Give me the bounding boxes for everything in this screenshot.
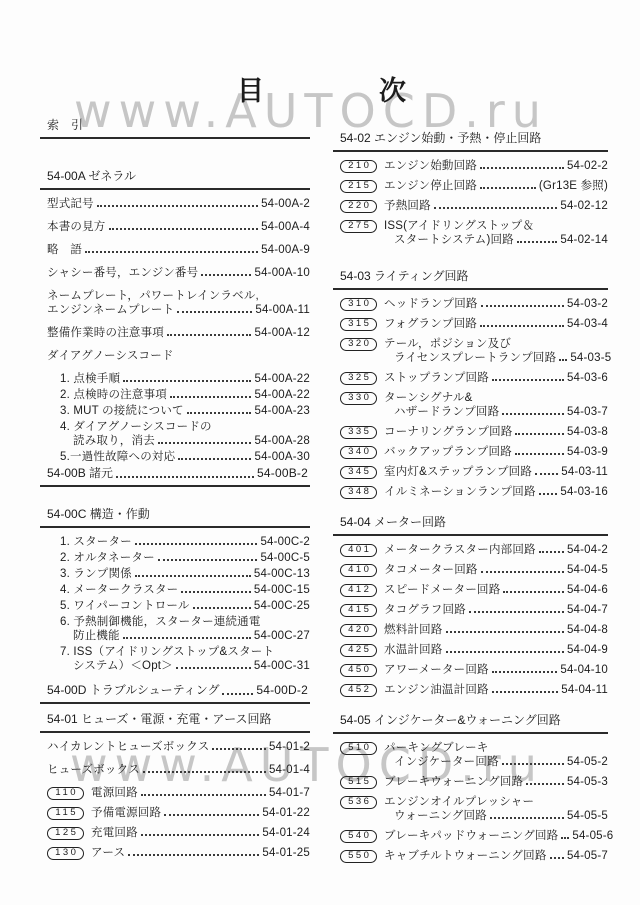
dot-leader: [561, 837, 569, 839]
toc-entry: 4. メータークラスター54-00C-15: [40, 583, 310, 597]
toc-section: 54-01 ヒューズ・電源・充電・アース回路ハイカレントヒューズボックス54-0…: [40, 712, 310, 860]
toc-entry-line: 燃料計回路54-04-8: [384, 623, 608, 637]
entry-label: テール，ポジション及び: [384, 337, 511, 351]
toc-entry-line: ブレーキパッドウォーニング回路54-05-6: [384, 829, 608, 843]
entry-label: 防止機能: [73, 629, 120, 643]
toc-entry-line: 読み取り，消去54-00A-28: [60, 434, 310, 448]
toc-entry: 115予備電源回路54-01-22: [40, 806, 310, 820]
section-title: 54-00A ゼネラル: [47, 169, 136, 183]
circuit-number-badge: 540: [340, 830, 377, 843]
circuit-number-badge: 340: [340, 446, 377, 459]
section-title: 54-00B 諸元: [47, 466, 113, 481]
circuit-number-badge: 410: [340, 564, 377, 577]
entry-label: スピードメーター回路: [384, 583, 500, 597]
dot-leader: [135, 575, 251, 577]
toc-entry-line: コーナリングランプ回路54-03-8: [384, 425, 608, 439]
toc-entry-line: 略 語54-00A-9: [47, 243, 310, 257]
circuit-number-badge: 425: [340, 644, 377, 657]
toc-entry-line: ネームプレート，パワートレインラベル,: [47, 289, 310, 303]
toc-section: 54-05 インジケーター&ウォーニング回路510パーキングブレーキインジケータ…: [333, 713, 608, 863]
entry-body: 燃料計回路54-04-8: [384, 623, 608, 637]
toc-entry-line: 6. 予熱制御機能，スターター連続通電: [60, 615, 310, 629]
page-ref: 54-00C-27: [254, 629, 310, 643]
dot-leader: [141, 794, 266, 796]
toc-entry-line: タコメーター回路54-04-5: [384, 563, 608, 577]
toc-entry-line: 5. ワイパーコントロール54-00C-25: [60, 599, 310, 613]
page-ref: 54-00D-2: [256, 683, 308, 698]
page-ref: (Gr13E 参照): [539, 179, 608, 193]
toc-entry: 110電源回路54-01-7: [40, 786, 310, 800]
entry-label: 電源回路: [91, 786, 138, 800]
dot-leader: [158, 442, 252, 444]
section-title: 索 引: [47, 118, 83, 132]
entry-label: タコメーター回路: [384, 563, 478, 577]
entry-body: パーキングブレーキインジケーター回路54-05-2: [384, 741, 608, 769]
toc-entry-line: ハザードランプ回路54-03-7: [384, 405, 608, 419]
toc-entry: 4. ダイアグノーシスコードの読み取り，消去54-00A-28: [40, 420, 310, 448]
toc-entry: 1. 点検手順54-00A-22: [40, 372, 310, 386]
toc-entry: 220予熱回路54-02-12: [333, 199, 608, 213]
page-ref: 54-03-5: [570, 351, 611, 365]
toc-entry-line: エンジンネームプレート54-00A-11: [47, 303, 310, 317]
circuit-number-badge: 220: [340, 200, 377, 213]
entry-label: スタートシステム)回路: [394, 233, 514, 247]
entry-body: イルミネーションランプ回路54-03-16: [384, 485, 608, 499]
page-ref: 54-05-2: [567, 755, 608, 769]
page-ref: 54-02-12: [560, 199, 608, 213]
circuit-number-badge: 420: [340, 624, 377, 637]
dot-leader: [434, 207, 558, 209]
dot-leader: [446, 631, 564, 633]
section-title: 54-01 ヒューズ・電源・充電・アース回路: [47, 712, 271, 726]
page-ref: 54-04-9: [567, 643, 608, 657]
toc-page: www.AUTOCD.ru www.AUTOCD.ru 目 次 索 引54-00…: [0, 0, 640, 905]
section-title: 54-00C 構造・作動: [47, 507, 150, 521]
toc-entry-line: キャブチルトウォーニング回路54-05-7: [384, 849, 608, 863]
section-heading: 54-01 ヒューズ・電源・充電・アース回路: [40, 712, 310, 733]
dot-leader: [515, 453, 564, 455]
dot-leader: [503, 591, 564, 593]
page-ref: 54-00A-11: [255, 303, 310, 317]
toc-entry-line: 4. メータークラスター54-00C-15: [60, 583, 310, 597]
dot-leader: [170, 396, 251, 398]
toc-entry: 本書の見方54-00A-4: [40, 220, 310, 234]
toc-entry: ネームプレート，パワートレインラベル,エンジンネームプレート54-00A-11: [40, 289, 310, 317]
entry-body: ISS(アイドリングストップ＆スタートシステム)回路54-02-14: [384, 219, 608, 247]
toc-entry-line: シャシー番号，エンジン番号54-00A-10: [47, 266, 310, 280]
toc-entry-line: 防止機能54-00C-27: [60, 629, 310, 643]
toc-entry-line: アース54-01-25: [91, 846, 310, 860]
toc-entry: 550キャブチルトウォーニング回路54-05-7: [333, 849, 608, 863]
page-ref: 54-05-3: [567, 775, 608, 789]
entry-body: アワーメーター回路54-04-10: [384, 663, 608, 677]
entry-body: バックアップランプ回路54-03-9: [384, 445, 608, 459]
page-ref: 54-01-24: [262, 826, 310, 840]
entry-label: 5.一過性故障への対応: [60, 450, 175, 464]
entry-label: ブレーキパッドウォーニング回路: [384, 829, 558, 843]
circuit-number-badge: 450: [340, 664, 377, 677]
page-ref: 54-00C-13: [254, 567, 310, 581]
left-column: 索 引54-00A ゼネラル型式記号54-00A-2本書の見方54-00A-4略…: [40, 118, 310, 866]
toc-entry: 210エンジン始動回路54-02-2: [333, 159, 608, 173]
circuit-number-badge: 401: [340, 544, 377, 557]
toc-entry: 125充電回路54-01-24: [40, 826, 310, 840]
entry-label: コーナリングランプ回路: [384, 425, 512, 439]
page-ref: 54-00C-15: [254, 583, 310, 597]
circuit-number-badge: 125: [47, 827, 84, 840]
toc-entry-line: 2. 点検時の注意事項54-00A-22: [60, 388, 310, 402]
entry-label: ウォーニング回路: [394, 809, 487, 823]
toc-entry: 415タコグラフ回路54-04-7: [333, 603, 608, 617]
page-ref: 54-02-14: [560, 233, 608, 247]
entry-body: 3. MUT の接続について54-00A-23: [60, 404, 310, 418]
dot-leader: [517, 241, 557, 243]
dot-leader: [141, 834, 260, 836]
toc-entry-line: 3. MUT の接続について54-00A-23: [60, 404, 310, 418]
toc-entry: 1. スターター54-00C-2: [40, 535, 310, 549]
toc-entry: 452エンジン油温計回路54-04-11: [333, 683, 608, 697]
entry-label: 予熱回路: [384, 199, 431, 213]
toc-entry-line: テール，ポジション及び: [384, 337, 608, 351]
dot-leader: [559, 359, 567, 361]
toc-entry: 325ストップランプ回路54-03-6: [333, 371, 608, 385]
toc-entry: 410タコメーター回路54-04-5: [333, 563, 608, 577]
entry-body: エンジン停止回路(Gr13E 参照): [384, 179, 608, 193]
entry-label: 略 語: [47, 243, 82, 257]
dot-leader: [539, 493, 558, 495]
toc-entry: 7. ISS（アイドリングストップ&スタートシステム）＜Opt＞54-00C-3…: [40, 645, 310, 673]
page-ref: 54-00C-31: [254, 659, 310, 673]
entry-label: バックアップランプ回路: [384, 445, 512, 459]
circuit-number-badge: 210: [340, 160, 377, 173]
entry-label: ハイカレントヒューズボックス: [47, 740, 209, 754]
entry-body: ネームプレート，パワートレインラベル,エンジンネームプレート54-00A-11: [47, 289, 310, 317]
dot-leader: [116, 476, 254, 478]
toc-entry-line: アワーメーター回路54-04-10: [384, 663, 608, 677]
entry-label: ターンシグナル&: [384, 391, 472, 405]
toc-entry-line: 2. オルタネーター54-00C-5: [60, 551, 310, 565]
dot-leader: [490, 817, 564, 819]
toc-entry-line: 水温計回路54-04-9: [384, 643, 608, 657]
entry-label: ヘッドランプ回路: [384, 297, 478, 311]
dot-leader: [502, 413, 564, 415]
circuit-number-badge: 130: [47, 847, 84, 860]
toc-entry-line: メータークラスター内部回路54-04-2: [384, 543, 608, 557]
dot-leader: [535, 473, 558, 475]
entry-label: ネームプレート，パワートレインラベル,: [47, 289, 259, 303]
toc-entry: 420燃料計回路54-04-8: [333, 623, 608, 637]
page-ref: 54-00A-4: [261, 220, 310, 234]
page-ref: 54-03-6: [567, 371, 608, 385]
entry-label: 予備電源回路: [91, 806, 161, 820]
dot-leader: [167, 334, 251, 336]
entry-label: エンジンネームプレート: [47, 303, 174, 317]
entry-body: 4. ダイアグノーシスコードの読み取り，消去54-00A-28: [60, 420, 310, 448]
toc-entry: 348イルミネーションランプ回路54-03-16: [333, 485, 608, 499]
section-heading: 54-05 インジケーター&ウォーニング回路: [333, 713, 608, 734]
toc-entry: 275ISS(アイドリングストップ＆スタートシステム)回路54-02-14: [333, 219, 608, 247]
page-ref: 54-04-5: [567, 563, 608, 577]
toc-entry: 130アース54-01-25: [40, 846, 310, 860]
entry-body: 予熱回路54-02-12: [384, 199, 608, 213]
entry-body: エンジンオイルプレッシャーウォーニング回路54-05-5: [384, 795, 608, 823]
toc-entry-line: イルミネーションランプ回路54-03-16: [384, 485, 608, 499]
page-ref: 54-03-11: [561, 465, 608, 479]
section-heading: 54-04 メーター回路: [333, 515, 608, 536]
section-heading: 54-00C 構造・作動: [40, 507, 310, 528]
circuit-number-badge: 330: [340, 392, 377, 405]
toc-entry-line: エンジンオイルプレッシャー: [384, 795, 608, 809]
toc-entry-line: 1. 点検手順54-00A-22: [60, 372, 310, 386]
toc-entry-line: エンジン始動回路54-02-2: [384, 159, 608, 173]
section-title: 54-00D トラブルシューティング: [47, 683, 219, 698]
dot-leader: [176, 667, 251, 669]
toc-entry: 6. 予熱制御機能，スターター連続通電防止機能54-00C-27: [40, 615, 310, 643]
entry-label: ストップランプ回路: [384, 371, 489, 385]
circuit-number-badge: 536: [340, 796, 377, 809]
entry-label: シャシー番号，エンジン番号: [47, 266, 198, 280]
page-ref: 54-00A-23: [254, 404, 310, 418]
dot-leader: [539, 551, 564, 553]
entry-label: ISS(アイドリングストップ＆: [384, 219, 534, 233]
toc-entry-line: 7. ISS（アイドリングストップ&スタート: [60, 645, 310, 659]
entry-label: 水温計回路: [384, 643, 443, 657]
circuit-number-badge: 345: [340, 466, 377, 479]
section-title: 54-04 メーター回路: [340, 515, 446, 529]
entry-label: 3. MUT の接続について: [60, 404, 184, 418]
toc-entry: 整備作業時の注意事項54-00A-12: [40, 326, 310, 340]
dot-leader: [469, 611, 564, 613]
entry-body: キャブチルトウォーニング回路54-05-7: [384, 849, 608, 863]
toc-entry: 5. ワイパーコントロール54-00C-25: [40, 599, 310, 613]
dot-leader: [492, 671, 558, 673]
entry-label: 燃料計回路: [384, 623, 443, 637]
toc-entry-line: 5.一過性故障への対応54-00A-30: [60, 450, 310, 464]
dot-leader: [550, 857, 564, 859]
entry-body: 5.一過性故障への対応54-00A-30: [60, 450, 310, 464]
entry-body: ブレーキウォーニング回路54-05-3: [384, 775, 608, 789]
toc-entry: 3. ランプ関係54-00C-13: [40, 567, 310, 581]
entry-label: ハザードランプ回路: [394, 405, 499, 419]
entry-body: 2. 点検時の注意事項54-00A-22: [60, 388, 310, 402]
toc-entry-line: タコグラフ回路54-04-7: [384, 603, 608, 617]
entry-label: 室内灯&ステップランプ回路: [384, 465, 532, 479]
dot-leader: [158, 559, 258, 561]
entry-label: 3. ランプ関係: [60, 567, 132, 581]
entry-label: 5. ワイパーコントロール: [60, 599, 190, 613]
page-title-char: 目: [237, 76, 264, 106]
toc-entry: 5.一過性故障への対応54-00A-30: [40, 450, 310, 464]
dot-leader: [85, 251, 258, 253]
toc-entry: 320テール，ポジション及びライセンスプレートランプ回路54-03-5: [333, 337, 608, 365]
toc-entry-line: ストップランプ回路54-03-6: [384, 371, 608, 385]
entry-body: フォグランプ回路54-03-4: [384, 317, 608, 331]
circuit-number-badge: 415: [340, 604, 377, 617]
toc-entry: 略 語54-00A-9: [40, 243, 310, 257]
page-ref: 54-03-2: [567, 297, 608, 311]
dot-leader: [492, 691, 558, 693]
entry-body: ダイアグノーシスコード: [47, 349, 310, 363]
toc-entry-line: ターンシグナル&: [384, 391, 608, 405]
page-ref: 54-04-8: [567, 623, 608, 637]
toc-entry-line: 1. スターター54-00C-2: [60, 535, 310, 549]
entry-label: エンジン始動回路: [384, 159, 477, 173]
entry-body: コーナリングランプ回路54-03-8: [384, 425, 608, 439]
entry-body: 室内灯&ステップランプ回路54-03-11: [384, 465, 608, 479]
page-ref: 54-03-7: [567, 405, 608, 419]
section-title: 54-05 インジケーター&ウォーニング回路: [340, 713, 561, 727]
dot-leader: [164, 814, 259, 816]
entry-body: ヒューズボックス54-01-4: [47, 763, 310, 777]
circuit-number-badge: 412: [340, 584, 377, 597]
section-heading: 54-00D トラブルシューティング54-00D-2: [40, 683, 310, 704]
entry-label: 2. オルタネーター: [60, 551, 155, 565]
entry-label: 7. ISS（アイドリングストップ&スタート: [60, 645, 274, 659]
page-ref: 54-05-5: [567, 809, 608, 823]
dot-leader: [481, 305, 564, 307]
dot-leader: [128, 854, 259, 856]
entry-body: 略 語54-00A-9: [47, 243, 310, 257]
right-column: 54-02 エンジン始動・予熱・停止回路210エンジン始動回路54-02-221…: [333, 131, 608, 869]
toc-entry-line: インジケーター回路54-05-2: [384, 755, 608, 769]
dot-leader: [177, 311, 252, 313]
entry-body: アース54-01-25: [91, 846, 310, 860]
entry-body: 3. ランプ関係54-00C-13: [60, 567, 310, 581]
entry-label: メータークラスター内部回路: [384, 543, 536, 557]
toc-entry: ヒューズボックス54-01-4: [40, 763, 310, 777]
entry-body: ハイカレントヒューズボックス54-01-2: [47, 740, 310, 754]
entry-body: エンジン油温計回路54-04-11: [384, 683, 608, 697]
page-ref: 54-04-10: [560, 663, 608, 677]
dot-leader: [123, 637, 251, 639]
entry-label: 4. ダイアグノーシスコードの: [60, 420, 212, 434]
entry-body: エンジン始動回路54-02-2: [384, 159, 608, 173]
entry-label: イルミネーションランプ回路: [384, 485, 536, 499]
entry-label: 2. 点検時の注意事項: [60, 388, 167, 402]
circuit-number-badge: 550: [340, 850, 377, 863]
entry-body: テール，ポジション及びライセンスプレートランプ回路54-03-5: [384, 337, 608, 365]
toc-entry: 340バックアップランプ回路54-03-9: [333, 445, 608, 459]
toc-entry-line: 整備作業時の注意事項54-00A-12: [47, 326, 310, 340]
toc-section: 54-04 メーター回路401メータークラスター内部回路54-04-2410タコ…: [333, 515, 608, 697]
page-ref: 54-00A-30: [254, 450, 310, 464]
toc-section: 54-00B 諸元54-00B-2: [40, 466, 310, 487]
page-ref: 54-05-6: [572, 829, 613, 843]
circuit-number-badge: 320: [340, 338, 377, 351]
dot-leader: [526, 783, 564, 785]
dot-leader: [187, 412, 252, 414]
toc-entry-line: 室内灯&ステップランプ回路54-03-11: [384, 465, 608, 479]
entry-label: ヒューズボックス: [47, 763, 140, 777]
entry-label: パーキングブレーキ: [384, 741, 489, 755]
page-ref: 54-00A-12: [254, 326, 310, 340]
page-ref: 54-04-2: [567, 543, 608, 557]
dot-leader: [123, 380, 251, 382]
toc-entry-line: ダイアグノーシスコード: [47, 349, 310, 363]
circuit-number-badge: 335: [340, 426, 377, 439]
entry-label: 充電回路: [91, 826, 138, 840]
dot-leader: [515, 433, 563, 435]
page-ref: 54-03-9: [567, 445, 608, 459]
entry-label: 1. 点検手順: [60, 372, 120, 386]
entry-body: 1. スターター54-00C-2: [60, 535, 310, 549]
circuit-number-badge: 275: [340, 220, 377, 233]
toc-section: 54-03 ライティング回路310ヘッドランプ回路54-03-2315フォグラン…: [333, 269, 608, 499]
toc-entry: 335コーナリングランプ回路54-03-8: [333, 425, 608, 439]
entry-body: 本書の見方54-00A-4: [47, 220, 310, 234]
toc-entry-line: 予備電源回路54-01-22: [91, 806, 310, 820]
circuit-number-badge: 348: [340, 486, 377, 499]
entry-body: シャシー番号，エンジン番号54-00A-10: [47, 266, 310, 280]
entry-label: 読み取り，消去: [73, 434, 155, 448]
toc-entry-line: エンジン停止回路(Gr13E 参照): [384, 179, 608, 193]
page-ref: 54-00C-25: [254, 599, 310, 613]
dot-leader: [201, 274, 251, 276]
entry-body: タコグラフ回路54-04-7: [384, 603, 608, 617]
entry-label: キャブチルトウォーニング回路: [384, 849, 547, 863]
page-ref: 54-04-11: [561, 683, 608, 697]
dot-leader: [480, 325, 564, 327]
toc-entry: 315フォグランプ回路54-03-4: [333, 317, 608, 331]
dot-leader: [481, 571, 564, 573]
toc-entry: 310ヘッドランプ回路54-03-2: [333, 297, 608, 311]
dot-leader: [97, 205, 258, 207]
entry-body: 7. ISS（アイドリングストップ&スタートシステム）＜Opt＞54-00C-3…: [60, 645, 310, 673]
entry-body: スピードメーター回路54-04-6: [384, 583, 608, 597]
entry-label: 型式記号: [47, 197, 94, 211]
toc-entry-line: バックアップランプ回路54-03-9: [384, 445, 608, 459]
page-ref: 54-01-22: [262, 806, 310, 820]
toc-entry-line: ウォーニング回路54-05-5: [384, 809, 608, 823]
toc-section: 54-00C 構造・作動1. スターター54-00C-22. オルタネーター54…: [40, 507, 310, 673]
toc-entry: 536エンジンオイルプレッシャーウォーニング回路54-05-5: [333, 795, 608, 823]
toc-entry-line: エンジン油温計回路54-04-11: [384, 683, 608, 697]
entry-body: ブレーキパッドウォーニング回路54-05-6: [384, 829, 608, 843]
toc-section: 54-02 エンジン始動・予熱・停止回路210エンジン始動回路54-02-221…: [333, 131, 608, 247]
page-ref: 54-00A-10: [254, 266, 310, 280]
entry-label: システム）＜Opt＞: [73, 659, 173, 673]
toc-entry: シャシー番号，エンジン番号54-00A-10: [40, 266, 310, 280]
toc-section: 54-00A ゼネラル型式記号54-00A-2本書の見方54-00A-4略 語5…: [40, 169, 310, 464]
toc-entry-line: 電源回路54-01-7: [91, 786, 310, 800]
section-title: 54-03 ライティング回路: [340, 269, 468, 283]
entry-label: エンジン停止回路: [384, 179, 477, 193]
page-ref: 54-03-8: [567, 425, 608, 439]
entry-body: 充電回路54-01-24: [91, 826, 310, 840]
entry-label: 4. メータークラスター: [60, 583, 178, 597]
page-title: 目 次: [237, 76, 406, 106]
toc-entry-line: ヘッドランプ回路54-03-2: [384, 297, 608, 311]
entry-body: 5. ワイパーコントロール54-00C-25: [60, 599, 310, 613]
toc-entry: 401メータークラスター内部回路54-04-2: [333, 543, 608, 557]
dot-leader: [135, 543, 258, 545]
circuit-number-badge: 115: [47, 807, 84, 820]
entry-label: インジケーター回路: [394, 755, 499, 769]
entry-label: エンジン油温計回路: [384, 683, 489, 697]
entry-label: フォグランプ回路: [384, 317, 477, 331]
toc-entry: 2. オルタネーター54-00C-5: [40, 551, 310, 565]
dot-leader: [480, 167, 564, 169]
dot-leader: [178, 458, 251, 460]
circuit-number-badge: 310: [340, 298, 377, 311]
toc-entry-line: 予熱回路54-02-12: [384, 199, 608, 213]
section-title: 54-02 エンジン始動・予熱・停止回路: [340, 131, 541, 145]
section-heading: 54-00B 諸元54-00B-2: [40, 466, 310, 487]
toc-entry-line: 4. ダイアグノーシスコードの: [60, 420, 310, 434]
page-ref: 54-00A-28: [254, 434, 310, 448]
toc-entry: 345室内灯&ステップランプ回路54-03-11: [333, 465, 608, 479]
dot-leader: [143, 771, 266, 773]
